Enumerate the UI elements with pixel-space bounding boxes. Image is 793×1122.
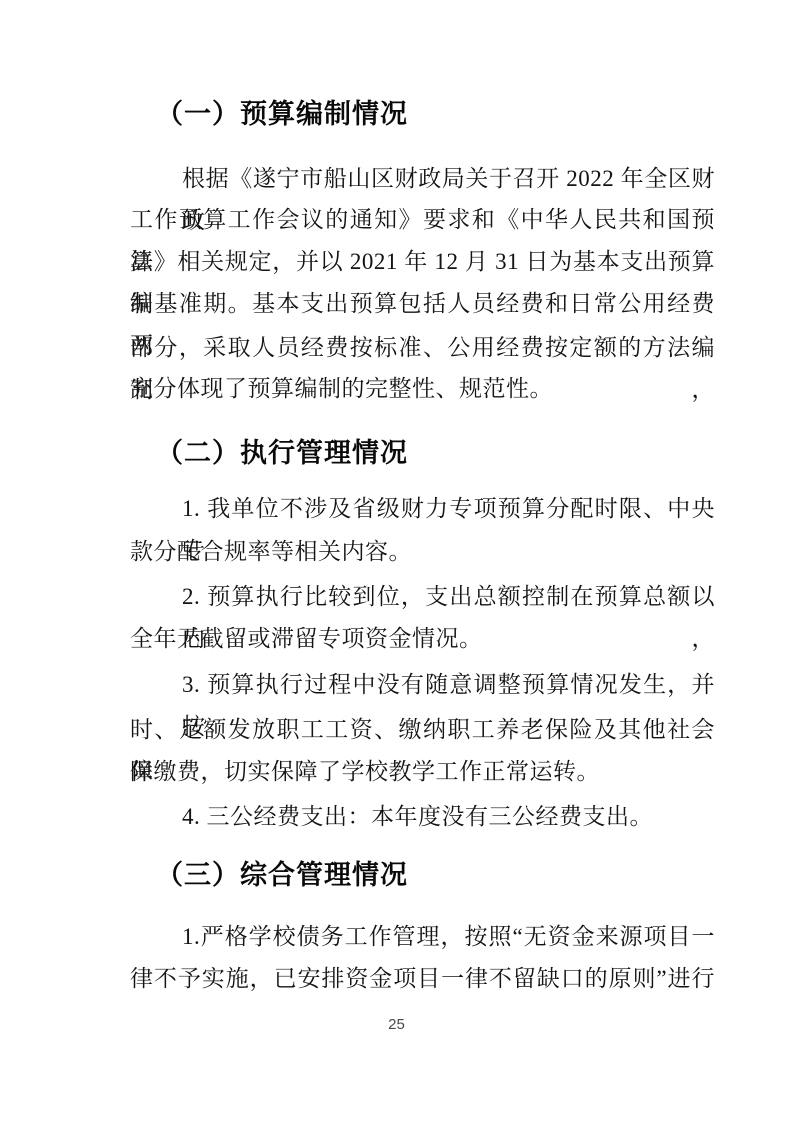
list-item-line: 1. 我单位不涉及省级财力专项预算分配时限、中央专 bbox=[130, 488, 715, 530]
section-heading-1: （一）预算编制情况 bbox=[130, 91, 741, 137]
paragraph-line: 部分，采取人员经费按标准、公用经费按定额的方法编制， bbox=[130, 327, 715, 369]
list-item-line: 4. 三公经费支出：本年度没有三公经费支出。 bbox=[130, 796, 715, 838]
paragraph-line: 充分体现了预算编制的完整性、规范性。 bbox=[130, 368, 715, 410]
page-number: 25 bbox=[0, 1016, 793, 1033]
list-item-line: 障缴费，切实保障了学校教学工作正常运转。 bbox=[130, 751, 715, 793]
paragraph-line: 制基准期。基本支出预算包括人员经费和日常公用经费两 bbox=[130, 283, 715, 325]
paragraph-line: 工作预算工作会议的通知》要求和《中华人民共和国预算 bbox=[130, 199, 715, 241]
paragraph-line: 法》相关规定，并以 2021 年 12 月 31 日为基本支出预算编 bbox=[130, 241, 715, 283]
list-item-line: 2. 预算执行比较到位，支出总额控制在预算总额以内， bbox=[130, 576, 715, 618]
paragraph-line: 律不予实施，已安排资金项目一律不留缺口的原则”进行 bbox=[130, 958, 715, 1000]
section-heading-2: （二）执行管理情况 bbox=[130, 430, 741, 476]
paragraph-line: 根据《遂宁市船山区财政局关于召开 2022 年全区财政 bbox=[130, 158, 715, 200]
list-item-line: 全年无截留或滞留专项资金情况。 bbox=[130, 618, 715, 660]
list-item-line: 3. 预算执行过程中没有随意调整预算情况发生，并按 bbox=[130, 664, 715, 706]
section-heading-3: （三）综合管理情况 bbox=[130, 852, 741, 898]
paragraph-line: 1.严格学校债务工作管理，按照“无资金来源项目一 bbox=[130, 916, 715, 958]
list-item-line: 款分配合规率等相关内容。 bbox=[130, 531, 715, 573]
list-item-line: 时、足额发放职工工资、缴纳职工养老保险及其他社会保 bbox=[130, 709, 715, 751]
document-page: （一）预算编制情况 根据《遂宁市船山区财政局关于召开 2022 年全区财政 工作… bbox=[0, 0, 793, 1122]
